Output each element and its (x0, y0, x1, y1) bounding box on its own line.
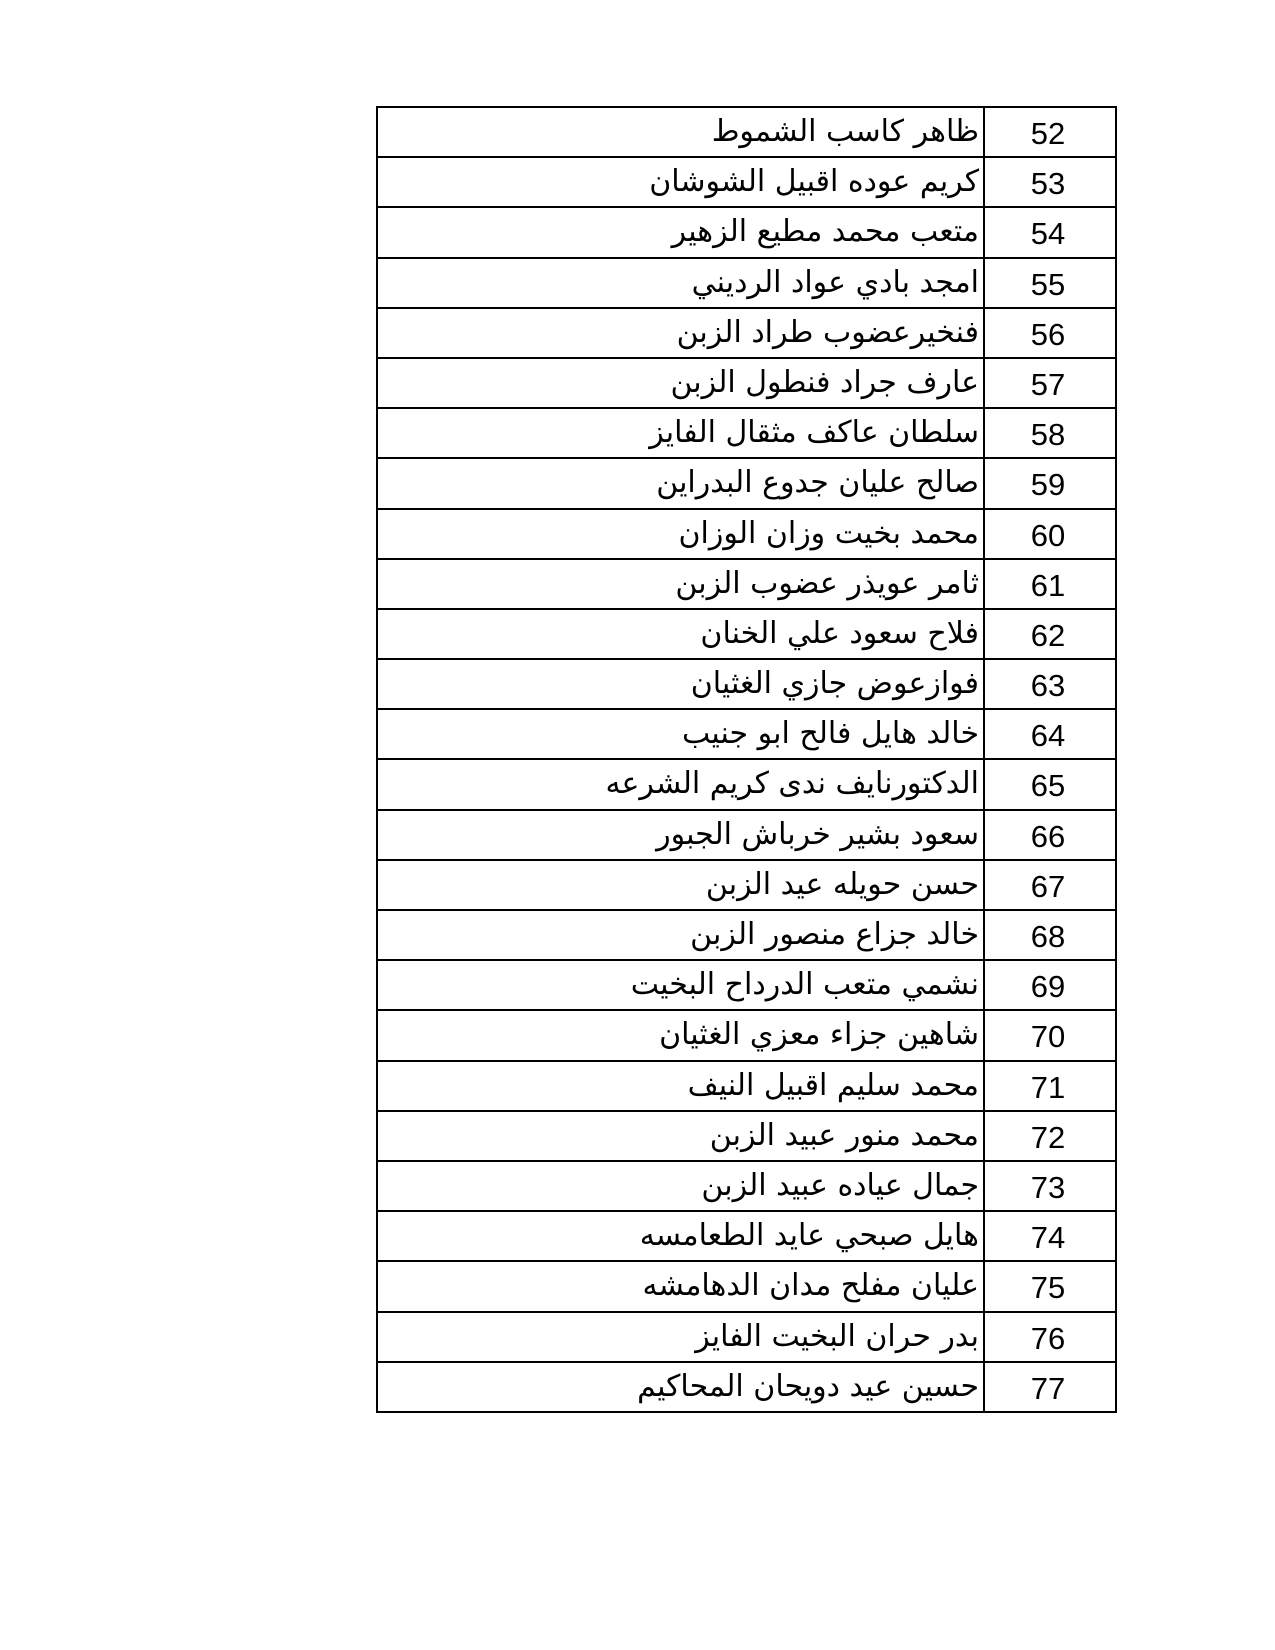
name-cell: خالد هايل فالح ابو جنيب (378, 710, 985, 758)
name-cell: امجد بادي عواد الرديني (378, 259, 985, 307)
name-cell: محمد بخيت وزان الوزان (378, 510, 985, 558)
table-row: سلطان عاكف مثقال الفايز58 (378, 409, 1115, 459)
table-row: هايل صبحي عايد الطعامسه74 (378, 1212, 1115, 1262)
number-cell: 65 (985, 760, 1115, 808)
number-cell: 71 (985, 1062, 1115, 1110)
number-cell: 56 (985, 309, 1115, 357)
name-cell: عارف جراد فنطول الزبن (378, 359, 985, 407)
table-row: عليان مفلح مدان الدهامشه75 (378, 1262, 1115, 1312)
table-row: امجد بادي عواد الرديني55 (378, 259, 1115, 309)
table-row: عارف جراد فنطول الزبن57 (378, 359, 1115, 409)
number-cell: 69 (985, 961, 1115, 1009)
name-cell: ظاهر كاسب الشموط (378, 108, 985, 156)
table-row: خالد هايل فالح ابو جنيب64 (378, 710, 1115, 760)
name-cell: حسن حويله عيد الزبن (378, 861, 985, 909)
table-row: فلاح سعود علي الخنان62 (378, 610, 1115, 660)
number-cell: 54 (985, 208, 1115, 256)
table-row: محمد سليم اقبيل النيف71 (378, 1062, 1115, 1112)
name-cell: عليان مفلح مدان الدهامشه (378, 1262, 985, 1310)
table-row: ثامر عويذر عضوب الزبن61 (378, 560, 1115, 610)
number-cell: 64 (985, 710, 1115, 758)
name-cell: فوازعوض جازي الغثيان (378, 660, 985, 708)
name-cell: فنخيرعضوب طراد الزبن (378, 309, 985, 357)
name-cell: كريم عوده اقبيل الشوشان (378, 158, 985, 206)
number-cell: 59 (985, 459, 1115, 507)
number-cell: 60 (985, 510, 1115, 558)
number-cell: 74 (985, 1212, 1115, 1260)
name-cell: الدكتورنايف ندى كريم الشرعه (378, 760, 985, 808)
name-cell: شاهين جزاء معزي الغثيان (378, 1011, 985, 1059)
name-cell: محمد سليم اقبيل النيف (378, 1062, 985, 1110)
name-cell: محمد منور عبيد الزبن (378, 1112, 985, 1160)
names-table: ظاهر كاسب الشموط52كريم عوده اقبيل الشوشا… (376, 106, 1117, 1413)
name-cell: صالح عليان جدوع البدراين (378, 459, 985, 507)
name-cell: هايل صبحي عايد الطعامسه (378, 1212, 985, 1260)
table-row: ظاهر كاسب الشموط52 (378, 108, 1115, 158)
number-cell: 57 (985, 359, 1115, 407)
table-row: شاهين جزاء معزي الغثيان70 (378, 1011, 1115, 1061)
number-cell: 73 (985, 1162, 1115, 1210)
number-cell: 55 (985, 259, 1115, 307)
number-cell: 52 (985, 108, 1115, 156)
name-cell: ثامر عويذر عضوب الزبن (378, 560, 985, 608)
name-cell: خالد جزاع منصور الزبن (378, 911, 985, 959)
table-row: محمد منور عبيد الزبن72 (378, 1112, 1115, 1162)
table-row: كريم عوده اقبيل الشوشان53 (378, 158, 1115, 208)
table-row: نشمي متعب الدرداح البخيت69 (378, 961, 1115, 1011)
table-row: جمال عياده عبيد الزبن73 (378, 1162, 1115, 1212)
name-cell: نشمي متعب الدرداح البخيت (378, 961, 985, 1009)
name-cell: متعب محمد مطيع الزهير (378, 208, 985, 256)
number-cell: 76 (985, 1313, 1115, 1361)
table-row: صالح عليان جدوع البدراين59 (378, 459, 1115, 509)
name-cell: بدر حران البخيت الفايز (378, 1313, 985, 1361)
name-cell: حسين عيد دويحان المحاكيم (378, 1363, 985, 1411)
name-cell: سلطان عاكف مثقال الفايز (378, 409, 985, 457)
number-cell: 66 (985, 811, 1115, 859)
table-row: متعب محمد مطيع الزهير54 (378, 208, 1115, 258)
table-row: محمد بخيت وزان الوزان60 (378, 510, 1115, 560)
number-cell: 61 (985, 560, 1115, 608)
table-row: فوازعوض جازي الغثيان63 (378, 660, 1115, 710)
name-cell: جمال عياده عبيد الزبن (378, 1162, 985, 1210)
table-row: حسن حويله عيد الزبن67 (378, 861, 1115, 911)
number-cell: 63 (985, 660, 1115, 708)
table-row: بدر حران البخيت الفايز76 (378, 1313, 1115, 1363)
number-cell: 58 (985, 409, 1115, 457)
number-cell: 53 (985, 158, 1115, 206)
table-row: حسين عيد دويحان المحاكيم77 (378, 1363, 1115, 1413)
table-row: الدكتورنايف ندى كريم الشرعه65 (378, 760, 1115, 810)
number-cell: 72 (985, 1112, 1115, 1160)
table-row: سعود بشير خرباش الجبور66 (378, 811, 1115, 861)
document-page: ظاهر كاسب الشموط52كريم عوده اقبيل الشوشا… (0, 0, 1275, 1650)
number-cell: 67 (985, 861, 1115, 909)
number-cell: 70 (985, 1011, 1115, 1059)
table-row: خالد جزاع منصور الزبن68 (378, 911, 1115, 961)
number-cell: 62 (985, 610, 1115, 658)
number-cell: 77 (985, 1363, 1115, 1411)
table-row: فنخيرعضوب طراد الزبن56 (378, 309, 1115, 359)
name-cell: سعود بشير خرباش الجبور (378, 811, 985, 859)
number-cell: 75 (985, 1262, 1115, 1310)
name-cell: فلاح سعود علي الخنان (378, 610, 985, 658)
number-cell: 68 (985, 911, 1115, 959)
